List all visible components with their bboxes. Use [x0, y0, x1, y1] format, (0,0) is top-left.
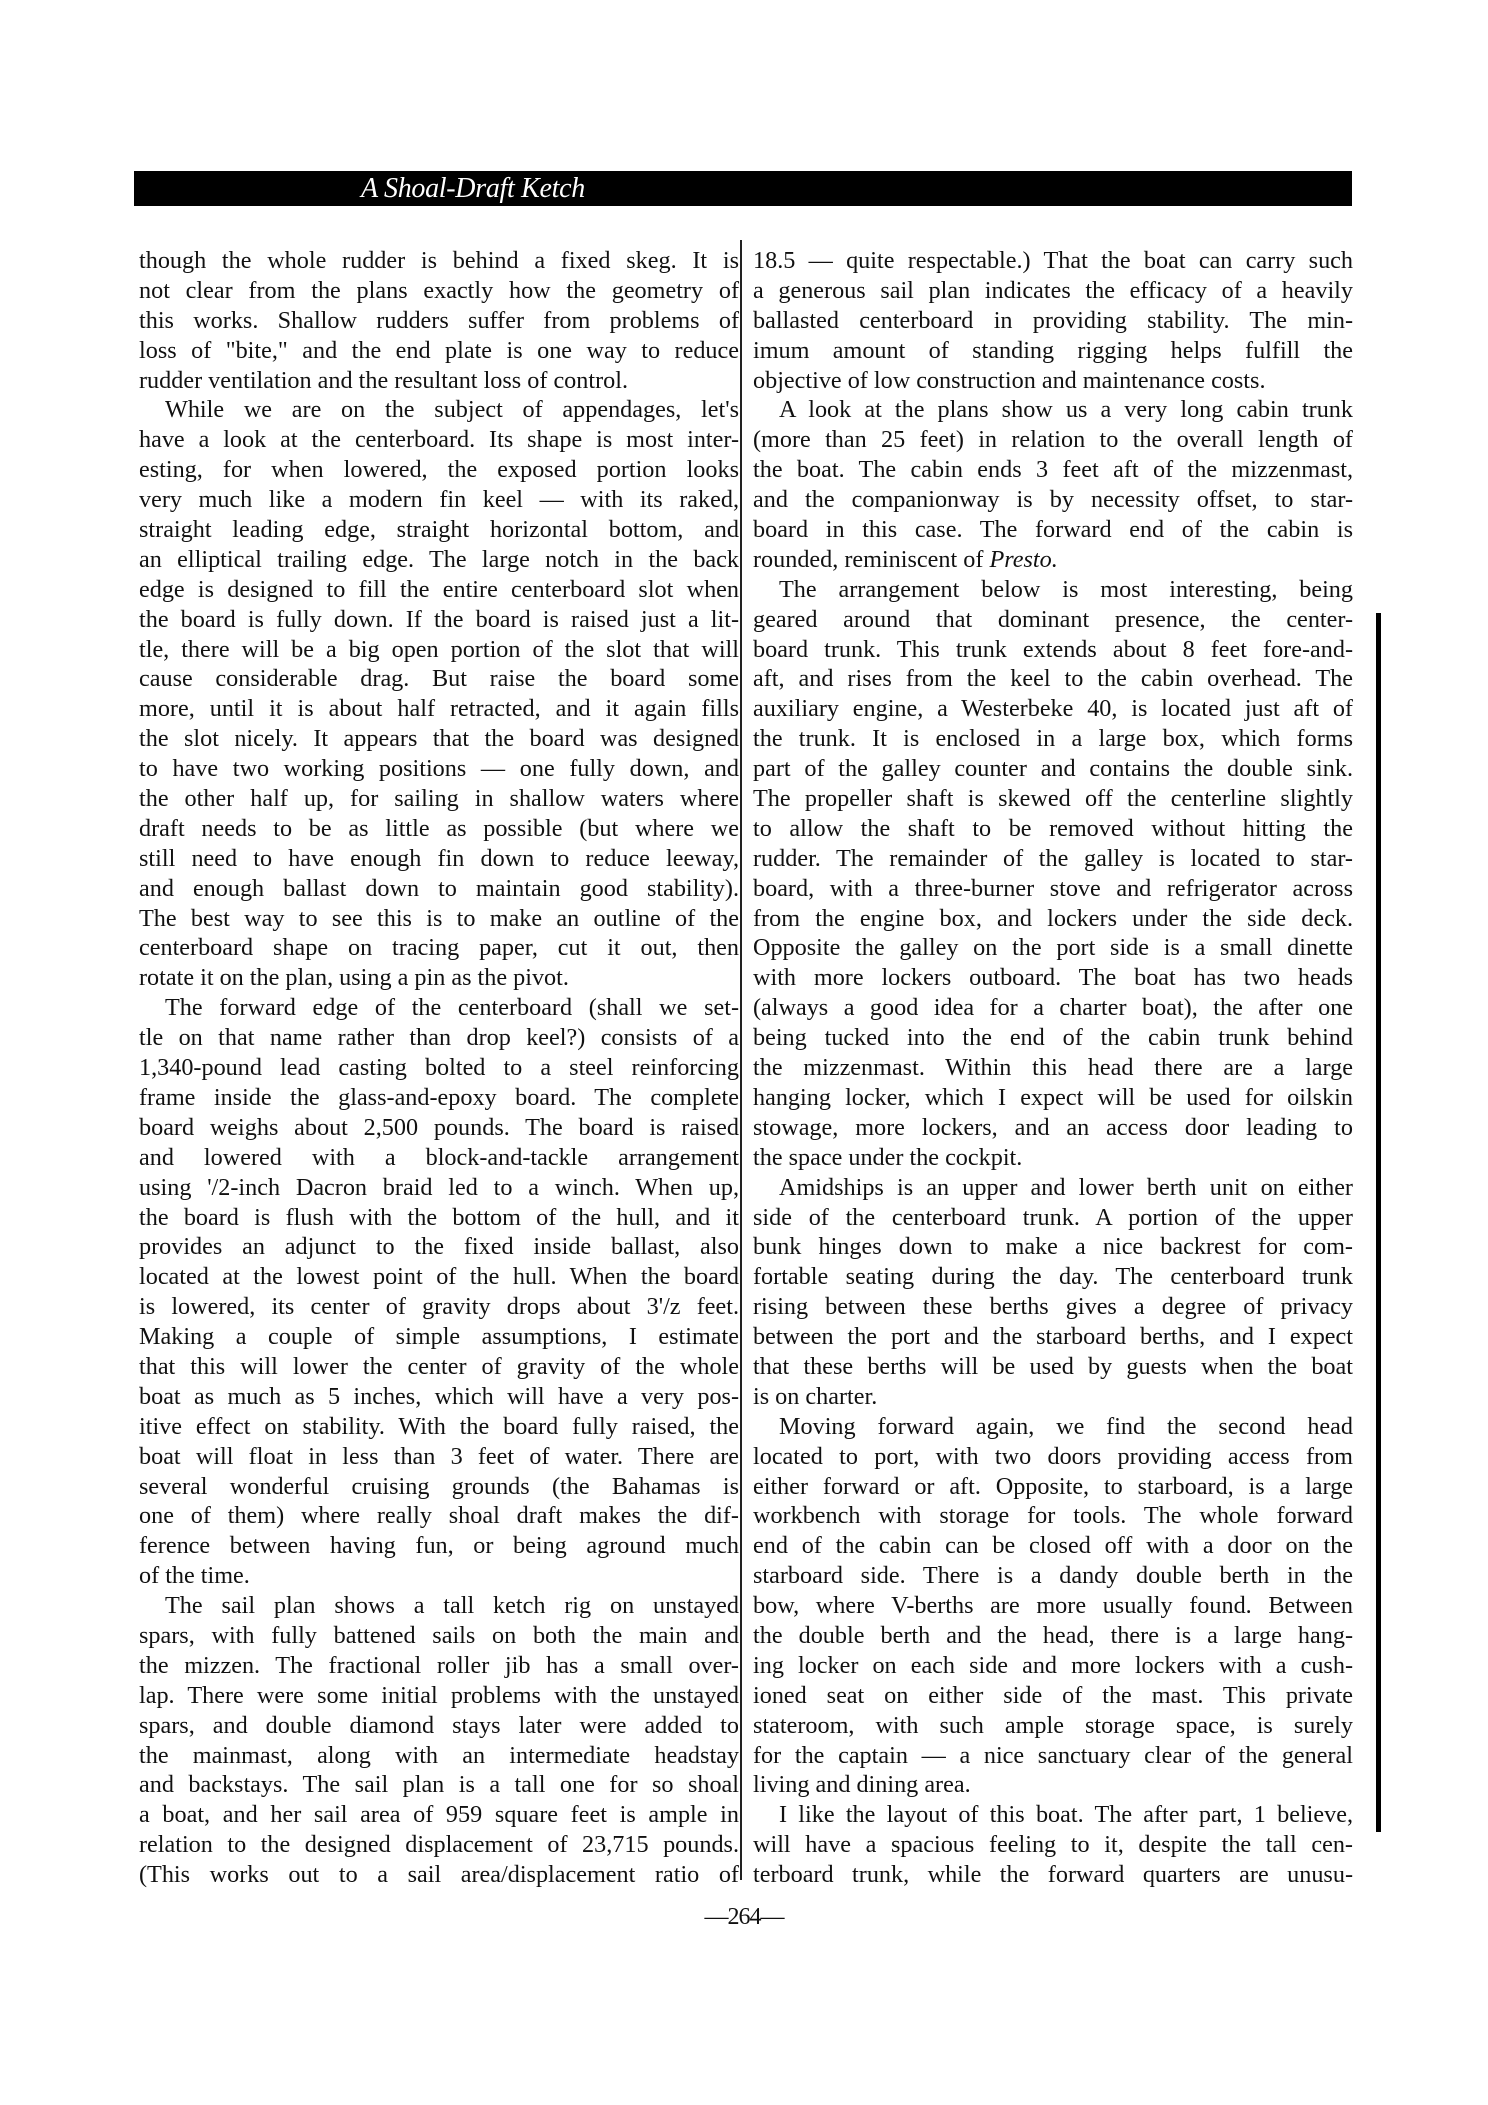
- text-line: While we are on the subject of appendage…: [139, 395, 739, 425]
- text-line-content: from the engine box, and lockers under t…: [753, 905, 1353, 932]
- text-line: relation to the designed displacement of…: [139, 1830, 739, 1860]
- text-line-content: auxiliary engine, a Westerbeke 40, is lo…: [753, 695, 1353, 722]
- text-line: using '/2-inch Dacron braid led to a win…: [139, 1173, 739, 1203]
- text-line: of the time.: [139, 1561, 739, 1591]
- text-line: 1,340-pound lead casting bolted to a ste…: [139, 1053, 739, 1083]
- text-line: and lowered with a block-and-tackle arra…: [139, 1143, 739, 1173]
- text-line-content: straight leading edge, straight horizont…: [139, 516, 739, 543]
- text-line: (more than 25 feet) in relation to the o…: [753, 425, 1353, 455]
- text-line-content: still need to have enough fin down to re…: [139, 845, 739, 872]
- text-line: rudder. The remainder of the galley is l…: [753, 844, 1353, 874]
- text-line: centerboard shape on tracing paper, cut …: [139, 933, 739, 963]
- text-line-content: (more than 25 feet) in relation to the o…: [753, 426, 1353, 453]
- text-line: for the captain — a nice sanctuary clear…: [753, 1741, 1353, 1771]
- text-line: The forward edge of the centerboard (sha…: [139, 993, 739, 1023]
- text-line-content: being tucked into the end of the cabin t…: [753, 1024, 1353, 1051]
- text-line-content: A look at the plans show us a very long …: [779, 396, 1353, 423]
- text-line: very much like a modern fin keel — with …: [139, 485, 739, 515]
- text-line-content: a generous sail plan indicates the effic…: [753, 277, 1353, 304]
- text-line-content: 1,340-pound lead casting bolted to a ste…: [139, 1054, 739, 1081]
- text-line-content: for the captain — a nice sanctuary clear…: [753, 1742, 1353, 1769]
- text-line: though the whole rudder is behind a fixe…: [139, 246, 739, 276]
- text-line: tle, there will be a big open portion of…: [139, 635, 739, 665]
- text-line-content: and enough ballast down to maintain good…: [139, 875, 739, 902]
- text-line: the slot nicely. It appears that the boa…: [139, 724, 739, 754]
- text-line-content: living and dining area.: [753, 1771, 971, 1798]
- text-line-content: and the companionway is by necessity off…: [753, 486, 1353, 513]
- text-line: Making a couple of simple assumptions, I…: [139, 1322, 739, 1352]
- text-line: edge is designed to fill the entire cent…: [139, 575, 739, 605]
- text-line-content: the board is flush with the bottom of th…: [139, 1204, 739, 1231]
- text-line: bow, where V-berths are more usually fou…: [753, 1591, 1353, 1621]
- text-line: either forward or aft. Opposite, to star…: [753, 1472, 1353, 1502]
- text-line-content: that these berths will be used by guests…: [753, 1353, 1353, 1380]
- text-line-content: draft needs to be as little as possible …: [139, 815, 739, 842]
- right-text-column: 18.5 — quite respectable.) That the boat…: [753, 246, 1353, 1890]
- text-line: spars, and double diamond stays later we…: [139, 1711, 739, 1741]
- text-line: imum amount of standing rigging helps fu…: [753, 336, 1353, 366]
- text-line-content: (This works out to a sail area/displacem…: [139, 1861, 739, 1888]
- text-line: Moving forward again, we find the second…: [753, 1412, 1353, 1442]
- text-line-content: (always a good idea for a charter boat),…: [753, 994, 1353, 1021]
- text-line-content: very much like a modern fin keel — with …: [139, 486, 739, 513]
- text-line-content: rotate it on the plan, using a pin as th…: [139, 964, 569, 991]
- text-line: have a look at the centerboard. Its shap…: [139, 425, 739, 455]
- text-line-content: board, with a three-burner stove and ref…: [753, 875, 1353, 902]
- text-line-content: either forward or aft. Opposite, to star…: [753, 1473, 1353, 1500]
- text-line: A look at the plans show us a very long …: [753, 395, 1353, 425]
- text-line-content: the boat. The cabin ends 3 feet aft of t…: [753, 456, 1353, 483]
- text-line: and enough ballast down to maintain good…: [139, 874, 739, 904]
- text-line: starboard side. There is a dandy double …: [753, 1561, 1353, 1591]
- text-line-content: relation to the designed displacement of…: [139, 1831, 739, 1858]
- text-line: the boat. The cabin ends 3 feet aft of t…: [753, 455, 1353, 485]
- text-line-content: aft, and rises from the keel to the cabi…: [753, 665, 1353, 692]
- text-line-content: Making a couple of simple assumptions, I…: [139, 1323, 739, 1350]
- text-line: frame inside the glass-and-epoxy board. …: [139, 1083, 739, 1113]
- text-line: located to port, with two doors providin…: [753, 1442, 1353, 1472]
- text-line-content: board trunk. This trunk extends about 8 …: [753, 636, 1353, 663]
- text-line-content: the space under the cockpit.: [753, 1144, 1022, 1171]
- text-line: that this will lower the center of gravi…: [139, 1352, 739, 1382]
- text-line-content: though the whole rudder is behind a fixe…: [139, 247, 739, 274]
- text-line-content: and backstays. The sail plan is a tall o…: [139, 1771, 739, 1798]
- text-line-content: and lowered with a block-and-tackle arra…: [139, 1144, 739, 1171]
- text-line: several wonderful cruising grounds (the …: [139, 1472, 739, 1502]
- text-line-content: the mizzen. The fractional roller jib ha…: [139, 1652, 739, 1679]
- text-line-content: The sail plan shows a tall ketch rig on …: [165, 1592, 739, 1619]
- text-line-content: end of the cabin can be closed off with …: [753, 1532, 1353, 1559]
- text-line: objective of low construction and mainte…: [753, 366, 1353, 396]
- text-line: tle on that name rather than drop keel?)…: [139, 1023, 739, 1053]
- text-line-content: using '/2-inch Dacron braid led to a win…: [139, 1174, 739, 1201]
- text-line-content: ioned seat on either side of the mast. T…: [753, 1682, 1353, 1709]
- text-line: still need to have enough fin down to re…: [139, 844, 739, 874]
- text-line-content: the trunk. It is enclosed in a large box…: [753, 725, 1353, 752]
- column-divider-rule: [740, 240, 742, 1880]
- text-line-content: loss of "bite," and the end plate is one…: [139, 337, 739, 364]
- text-line-content: objective of low construction and mainte…: [753, 367, 1266, 394]
- text-line-content: esting, for when lowered, the exposed po…: [139, 456, 739, 483]
- text-line-content: tle, there will be a big open portion of…: [139, 636, 739, 663]
- text-line: with more lockers outboard. The boat has…: [753, 963, 1353, 993]
- text-line: a generous sail plan indicates the effic…: [753, 276, 1353, 306]
- text-line: being tucked into the end of the cabin t…: [753, 1023, 1353, 1053]
- text-line-content: located at the lowest point of the hull.…: [139, 1263, 739, 1290]
- text-line: The sail plan shows a tall ketch rig on …: [139, 1591, 739, 1621]
- text-line: draft needs to be as little as possible …: [139, 814, 739, 844]
- text-line-content: that this will lower the center of gravi…: [139, 1353, 739, 1380]
- text-line-content: edge is designed to fill the entire cent…: [139, 576, 739, 603]
- text-line: the space under the cockpit.: [753, 1143, 1353, 1173]
- text-line-content: ballasted centerboard in providing stabi…: [753, 307, 1353, 334]
- text-line: and the companionway is by necessity off…: [753, 485, 1353, 515]
- text-line: lap. There were some initial problems wi…: [139, 1681, 739, 1711]
- text-line-content: board in this case. The forward end of t…: [753, 516, 1353, 543]
- text-line-content: geared around that dominant presence, th…: [753, 606, 1353, 633]
- text-line-content: with more lockers outboard. The boat has…: [753, 964, 1353, 991]
- text-line-content: rounded, reminiscent of: [753, 546, 989, 573]
- left-text-column: though the whole rudder is behind a fixe…: [139, 246, 739, 1890]
- text-line-content: rudder. The remainder of the galley is l…: [753, 845, 1353, 872]
- text-line-content: provides an adjunct to the fixed inside …: [139, 1233, 739, 1260]
- text-line: board, with a three-burner stove and ref…: [753, 874, 1353, 904]
- text-line-content: the mizzenmast. Within this head there a…: [753, 1054, 1353, 1081]
- text-line-content: will have a spacious feeling to it, desp…: [753, 1831, 1353, 1858]
- running-header-bar: A Shoal-Draft Ketch: [134, 171, 1352, 206]
- text-line: end of the cabin can be closed off with …: [753, 1531, 1353, 1561]
- text-line-content: stowage, more lockers, and an access doo…: [753, 1114, 1353, 1141]
- text-line-content: this works. Shallow rudders suffer from …: [139, 307, 739, 334]
- text-line: The propeller shaft is skewed off the ce…: [753, 784, 1353, 814]
- text-line: located at the lowest point of the hull.…: [139, 1262, 739, 1292]
- text-line: ballasted centerboard in providing stabi…: [753, 306, 1353, 336]
- text-line: one of them) where really shoal draft ma…: [139, 1501, 739, 1531]
- text-line: between the port and the starboard berth…: [753, 1322, 1353, 1352]
- text-line: stowage, more lockers, and an access doo…: [753, 1113, 1353, 1143]
- text-line: the double berth and the head, there is …: [753, 1621, 1353, 1651]
- text-line: a boat, and her sail area of 959 square …: [139, 1800, 739, 1830]
- text-line: is on charter.: [753, 1382, 1353, 1412]
- text-line-content: The propeller shaft is skewed off the ce…: [753, 785, 1353, 812]
- text-line: board weighs about 2,500 pounds. The boa…: [139, 1113, 739, 1143]
- text-line-content: boat will float in less than 3 feet of w…: [139, 1443, 739, 1470]
- text-line: boat will float in less than 3 feet of w…: [139, 1442, 739, 1472]
- text-line-content: the double berth and the head, there is …: [753, 1622, 1353, 1649]
- text-line: terboard trunk, while the forward quarte…: [753, 1860, 1353, 1890]
- text-line: the mizzenmast. Within this head there a…: [753, 1053, 1353, 1083]
- text-line: Amidships is an upper and lower berth un…: [753, 1173, 1353, 1203]
- text-line: stateroom, with such ample storage space…: [753, 1711, 1353, 1741]
- text-line-content: While we are on the subject of appendage…: [165, 396, 739, 423]
- text-line-content: the other half up, for sailing in shallo…: [139, 785, 739, 812]
- text-line-content: spars, and double diamond stays later we…: [139, 1712, 739, 1739]
- text-line: to have two working positions — one full…: [139, 754, 739, 784]
- text-line-content: ference between having fun, or being agr…: [139, 1532, 739, 1559]
- text-line: part of the galley counter and contains …: [753, 754, 1353, 784]
- text-line-content: one of them) where really shoal draft ma…: [139, 1502, 739, 1529]
- text-line-content: terboard trunk, while the forward quarte…: [753, 1861, 1353, 1888]
- text-line-content: side of the centerboard trunk. A portion…: [753, 1204, 1353, 1231]
- text-line: provides an adjunct to the fixed inside …: [139, 1232, 739, 1262]
- text-line-content: ing locker on each side and more lockers…: [753, 1652, 1353, 1679]
- text-line: ference between having fun, or being agr…: [139, 1531, 739, 1561]
- text-line: I like the layout of this boat. The afte…: [753, 1800, 1353, 1830]
- text-line: loss of "bite," and the end plate is one…: [139, 336, 739, 366]
- text-line: ioned seat on either side of the mast. T…: [753, 1681, 1353, 1711]
- text-line: not clear from the plans exactly how the…: [139, 276, 739, 306]
- text-line: The best way to see this is to make an o…: [139, 904, 739, 934]
- text-line: from the engine box, and lockers under t…: [753, 904, 1353, 934]
- text-line: to allow the shaft to be removed without…: [753, 814, 1353, 844]
- text-line-content: an elliptical trailing edge. The large n…: [139, 546, 739, 573]
- text-line: will have a spacious feeling to it, desp…: [753, 1830, 1353, 1860]
- text-line: the board is flush with the bottom of th…: [139, 1203, 739, 1233]
- text-line: is lowered, its center of gravity drops …: [139, 1292, 739, 1322]
- text-line-content: The arrangement below is most interestin…: [779, 576, 1353, 603]
- text-line: rotate it on the plan, using a pin as th…: [139, 963, 739, 993]
- text-line: 18.5 — quite respectable.) That the boat…: [753, 246, 1353, 276]
- text-line-content: part of the galley counter and contains …: [753, 755, 1353, 782]
- text-line-content: bunk hinges down to make a nice backrest…: [753, 1233, 1353, 1260]
- text-line-content: Amidships is an upper and lower berth un…: [779, 1174, 1353, 1201]
- text-line-content: rudder ventilation and the resultant los…: [139, 367, 628, 394]
- text-line-content: tle on that name rather than drop keel?)…: [139, 1024, 739, 1051]
- text-line: workbench with storage for tools. The wh…: [753, 1501, 1353, 1531]
- text-line-content: between the port and the starboard berth…: [753, 1323, 1353, 1350]
- text-line-content: board weighs about 2,500 pounds. The boa…: [139, 1114, 739, 1141]
- text-line: an elliptical trailing edge. The large n…: [139, 545, 739, 575]
- text-line: itive effect on stability. With the boar…: [139, 1412, 739, 1442]
- text-line-content: is lowered, its center of gravity drops …: [139, 1293, 739, 1320]
- text-line-content: is on charter.: [753, 1383, 877, 1410]
- text-line-content: to allow the shaft to be removed without…: [753, 815, 1353, 842]
- text-line-content: boat as much as 5 inches, which will hav…: [139, 1383, 739, 1410]
- text-line: rising between these berths gives a degr…: [753, 1292, 1353, 1322]
- text-line: geared around that dominant presence, th…: [753, 605, 1353, 635]
- text-line-content: fortable seating during the day. The cen…: [753, 1263, 1353, 1290]
- text-line: board in this case. The forward end of t…: [753, 515, 1353, 545]
- margin-change-bar: [1376, 613, 1381, 1832]
- text-line: Opposite the galley on the port side is …: [753, 933, 1353, 963]
- text-line: auxiliary engine, a Westerbeke 40, is lo…: [753, 694, 1353, 724]
- text-line-content: located to port, with two doors providin…: [753, 1443, 1353, 1470]
- text-line: straight leading edge, straight horizont…: [139, 515, 739, 545]
- text-line-content: frame inside the glass-and-epoxy board. …: [139, 1084, 739, 1111]
- text-line: the mainmast, along with an intermediate…: [139, 1741, 739, 1771]
- text-line-content: to have two working positions — one full…: [139, 755, 739, 782]
- text-line: (always a good idea for a charter boat),…: [753, 993, 1353, 1023]
- text-line: the mizzen. The fractional roller jib ha…: [139, 1651, 739, 1681]
- text-line: hanging locker, which I expect will be u…: [753, 1083, 1353, 1113]
- text-line: the other half up, for sailing in shallo…: [139, 784, 739, 814]
- text-line: spars, with fully battened sails on both…: [139, 1621, 739, 1651]
- text-line-content: itive effect on stability. With the boar…: [139, 1413, 739, 1440]
- text-line-content: starboard side. There is a dandy double …: [753, 1562, 1353, 1589]
- text-line: (This works out to a sail area/displacem…: [139, 1860, 739, 1890]
- text-line: aft, and rises from the keel to the cabi…: [753, 664, 1353, 694]
- text-line: board trunk. This trunk extends about 8 …: [753, 635, 1353, 665]
- text-line-content: spars, with fully battened sails on both…: [139, 1622, 739, 1649]
- text-line: the board is fully down. If the board is…: [139, 605, 739, 635]
- text-line-content: rising between these berths gives a degr…: [753, 1293, 1353, 1320]
- text-line-content: Opposite the galley on the port side is …: [753, 934, 1353, 961]
- text-line: esting, for when lowered, the exposed po…: [139, 455, 739, 485]
- text-line-content: I like the layout of this boat. The afte…: [779, 1801, 1353, 1828]
- text-line: The arrangement below is most interestin…: [753, 575, 1353, 605]
- text-line: fortable seating during the day. The cen…: [753, 1262, 1353, 1292]
- text-line-content: several wonderful cruising grounds (the …: [139, 1473, 739, 1500]
- text-line-content: more, until it is about half retracted, …: [139, 695, 739, 722]
- text-line-content: centerboard shape on tracing paper, cut …: [139, 934, 739, 961]
- text-line-content: cause considerable drag. But raise the b…: [139, 665, 739, 692]
- text-line-content: a boat, and her sail area of 959 square …: [139, 1801, 739, 1828]
- text-line: bunk hinges down to make a nice backrest…: [753, 1232, 1353, 1262]
- italic-boat-name: Presto.: [989, 546, 1057, 573]
- text-line-content: hanging locker, which I expect will be u…: [753, 1084, 1353, 1111]
- text-line: side of the centerboard trunk. A portion…: [753, 1203, 1353, 1233]
- text-line-content: lap. There were some initial problems wi…: [139, 1682, 739, 1709]
- text-line-content: not clear from the plans exactly how the…: [139, 277, 739, 304]
- text-line: and backstays. The sail plan is a tall o…: [139, 1770, 739, 1800]
- running-header-title: A Shoal-Draft Ketch: [361, 171, 585, 206]
- text-line: more, until it is about half retracted, …: [139, 694, 739, 724]
- text-line: cause considerable drag. But raise the b…: [139, 664, 739, 694]
- page-number: —264—: [0, 1904, 1488, 1931]
- text-line-content: stateroom, with such ample storage space…: [753, 1712, 1353, 1739]
- text-line: living and dining area.: [753, 1770, 1353, 1800]
- text-line-content: of the time.: [139, 1562, 250, 1589]
- text-line-content: The forward edge of the centerboard (sha…: [165, 994, 739, 1021]
- text-line-content: the mainmast, along with an intermediate…: [139, 1742, 739, 1769]
- text-line-content: the slot nicely. It appears that the boa…: [139, 725, 739, 752]
- text-line-content: imum amount of standing rigging helps fu…: [753, 337, 1353, 364]
- text-line: ing locker on each side and more lockers…: [753, 1651, 1353, 1681]
- text-line: the trunk. It is enclosed in a large box…: [753, 724, 1353, 754]
- text-line-content: have a look at the centerboard. Its shap…: [139, 426, 739, 453]
- text-line: rudder ventilation and the resultant los…: [139, 366, 739, 396]
- text-line-content: bow, where V-berths are more usually fou…: [753, 1592, 1353, 1619]
- text-line: rounded, reminiscent of Presto.: [753, 545, 1353, 575]
- text-line-content: the board is fully down. If the board is…: [139, 606, 739, 633]
- text-line-content: The best way to see this is to make an o…: [139, 905, 739, 932]
- text-line-content: workbench with storage for tools. The wh…: [753, 1502, 1353, 1529]
- text-line-content: Moving forward again, we find the second…: [779, 1413, 1353, 1440]
- text-line: boat as much as 5 inches, which will hav…: [139, 1382, 739, 1412]
- text-line: this works. Shallow rudders suffer from …: [139, 306, 739, 336]
- text-line-content: 18.5 — quite respectable.) That the boat…: [753, 247, 1353, 274]
- text-line: that these berths will be used by guests…: [753, 1352, 1353, 1382]
